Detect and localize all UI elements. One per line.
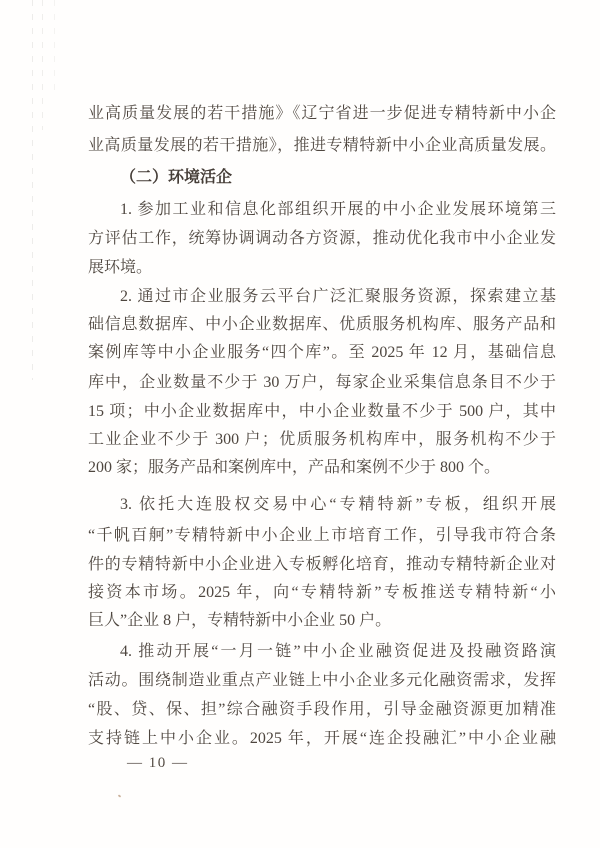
text-line: 础信息数据库、中小企业数据库、优质服务机构库、服务产品和 (88, 313, 556, 337)
scan-artifact-line (32, 0, 33, 380)
text-line: “股、贷、保、担”综合融资手段作用，引导金融资源更加精准 (88, 698, 556, 722)
text-line: 业高质量发展的若干措施》《辽宁省进一步促进专精特新中小企 (88, 102, 556, 126)
text-line: 15 项；中小企业数据库中，中小企业数量不少于 500 户，其中 (88, 400, 556, 424)
text-line: 展环境。 (88, 256, 556, 280)
text-line: 支持链上中小企业。2025 年，开展“连企投融汇”中小企业融 (88, 727, 556, 751)
text-line: “千帆百舸”专精特新中小企业上市培育工作，引导我市符合条 (88, 524, 556, 548)
page-number: — 10 — (127, 755, 189, 772)
scan-artifact-line (54, 0, 55, 90)
scan-speck (118, 794, 122, 797)
text-line: 3. 依托大连股权交易中心“专精特新”专板，组织开展 (120, 493, 556, 517)
text-line: 200 家；服务产品和案例库中，产品和案例不少于 800 个。 (88, 456, 556, 480)
text-line: 工业企业不少于 300 户；优质服务机构库中，服务机构不少于 (88, 428, 556, 452)
text-line: 活动。围绕制造业重点产业链上中小企业多元化融资需求，发挥 (88, 669, 556, 693)
text-line: 库中，企业数量不少于 30 万户，每家企业采集信息条目不少于 (88, 371, 556, 395)
text-line: 接资本市场。2025 年，向“专精特新”专板推送专精特新“小 (88, 581, 556, 605)
scanned-document-page: 业高质量发展的若干措施》《辽宁省进一步促进专精特新中小企 业高质量发展的若干措施… (0, 0, 600, 848)
text-line: 1. 参加工业和信息化部组织开展的中小企业发展环境第三 (120, 198, 556, 222)
text-line: 巨人”企业 8 户，专精特新中小企业 50 户。 (88, 609, 556, 633)
text-line: 方评估工作，统筹协调调动各方资源，推动优化我市中小企业发 (88, 227, 556, 251)
text-line: 业高质量发展的若干措施》，推进专精特新中小企业高质量发展。 (88, 134, 556, 158)
section-heading: （二）环境活企 (120, 166, 556, 190)
text-line: 案例库等中小企业服务“四个库”。至 2025 年 12 月，基础信息 (88, 341, 556, 365)
text-line: 件的专精特新中小企业进入专板孵化培育，推动专精特新企业对 (88, 553, 556, 577)
scan-artifact-line (42, 0, 43, 130)
text-line: 4. 推动开展“一月一链”中小企业融资促进及投融资路演 (120, 640, 556, 664)
text-line: 2. 通过市企业服务云平台广泛汇聚服务资源，探索建立基 (120, 285, 556, 309)
